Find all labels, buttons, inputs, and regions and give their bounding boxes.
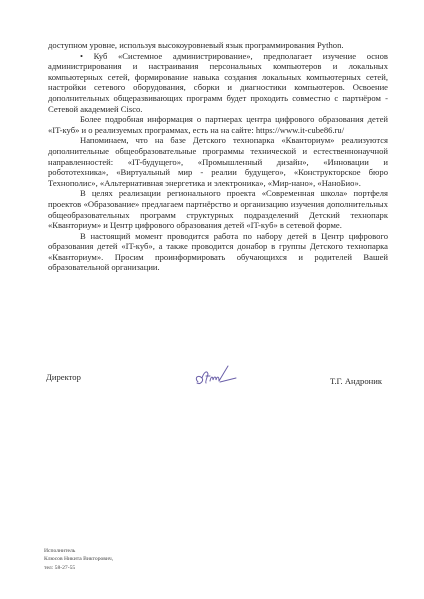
document-page: доступном уровне, используя высокоуровне… (0, 0, 424, 599)
letter-body: доступном уровне, используя высокоуровне… (48, 40, 388, 273)
executor-name: Клюсов Никита Викторович, (44, 555, 113, 563)
executor-phone: тел: 58-27-55 (44, 564, 113, 572)
executor-label: Исполнитель (44, 547, 113, 555)
signature-block: Директор Т.Г. Андроник (46, 368, 382, 398)
executor-block: Исполнитель Клюсов Никита Викторович, те… (44, 547, 113, 572)
signatory-title: Директор (46, 372, 81, 382)
signatory-name: Т.Г. Андроник (330, 376, 382, 386)
paragraph-kvantorium: Напоминаем, что на базе Детского технопа… (48, 135, 388, 188)
signature-icon (192, 364, 238, 390)
paragraph-more-info: Более подробная информация о партнерах ц… (48, 114, 388, 135)
paragraph-partnership: В целях реализации регионального проекта… (48, 188, 388, 230)
paragraph-enrollment: В настоящий момент проводится работа по … (48, 231, 388, 273)
paragraph-python: доступном уровне, используя высокоуровне… (48, 40, 388, 51)
paragraph-sysadmin-cube: • Куб «Системное администрирование», пре… (48, 51, 388, 115)
